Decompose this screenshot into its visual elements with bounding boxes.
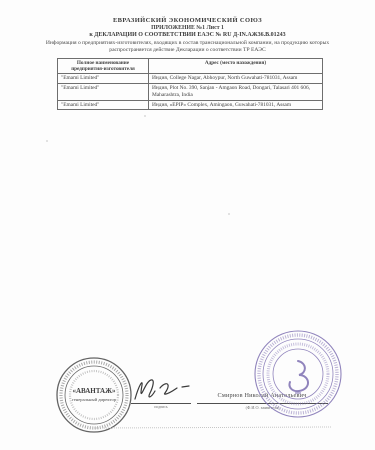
signature-line — [131, 403, 191, 404]
declaration-number-line: к ДЕКЛАРАЦИИ О СООТВЕТСТВИИ ЕАЭС № RU Д-… — [0, 32, 375, 38]
manufacturer-address: Индия, Plot No. 390, Sanjan - Amgaon Roa… — [149, 84, 323, 101]
table-header-row: Полное наименование предприятия-изготови… — [58, 59, 323, 74]
stamp-ring-faux-text — [70, 371, 118, 419]
table-row: "Emami Limited" Индия, Plot No. 390, San… — [58, 84, 323, 101]
stamp-logo-glyph — [289, 361, 308, 391]
manufacturer-name: "Emami Limited" — [58, 84, 149, 101]
stamp-ring-faux-text — [259, 335, 337, 413]
annex-subtitle: Информация о предприятиях-изготовителях,… — [37, 40, 338, 55]
manufacturer-address: Индия, «EPIP» Complex, Amingaon, Guwahat… — [149, 100, 323, 110]
scan-speck — [144, 115, 146, 117]
scan-artifact-line — [94, 426, 331, 428]
column-header-manufacturer: Полное наименование предприятия-изготови… — [58, 59, 149, 74]
declaration-annex-page: ЕВРАЗИЙСКИЙ ЭКОНОМИЧЕСКИЙ СОЮЗ ПРИЛОЖЕНИ… — [0, 0, 375, 450]
company-round-stamp: «АВАНТАЖ» генеральный директор — [52, 353, 136, 437]
scan-speck — [46, 140, 48, 142]
table-row: "Emami Limited" Индия, College Nagar, Ab… — [58, 74, 323, 84]
signature-caption: подпись — [131, 405, 191, 409]
certification-round-stamp — [251, 327, 345, 421]
scan-speck — [228, 213, 230, 215]
manufacturer-name: "Emami Limited" — [58, 100, 149, 110]
manufacturer-name: "Emami Limited" — [58, 74, 149, 84]
annex-title: ПРИЛОЖЕНИЕ №1 Лист 1 — [0, 25, 375, 31]
manufacturers-table: Полное наименование предприятия-изготови… — [57, 58, 323, 110]
column-header-address: Адрес (место нахождения) — [149, 59, 323, 74]
table-row: "Emami Limited" Индия, «EPIP» Complex, A… — [58, 100, 323, 110]
stamp-org-name: «АВАНТАЖ» — [72, 387, 116, 395]
stamp-ring-faux-text — [268, 344, 328, 404]
manufacturer-address: Индия, College Nagar, Abhoypur, North Gu… — [149, 74, 323, 84]
stamp-org-title: генеральный директор — [72, 397, 117, 402]
union-title: ЕВРАЗИЙСКИЙ ЭКОНОМИЧЕСКИЙ СОЮЗ — [0, 17, 375, 24]
handwritten-signature — [127, 375, 195, 405]
